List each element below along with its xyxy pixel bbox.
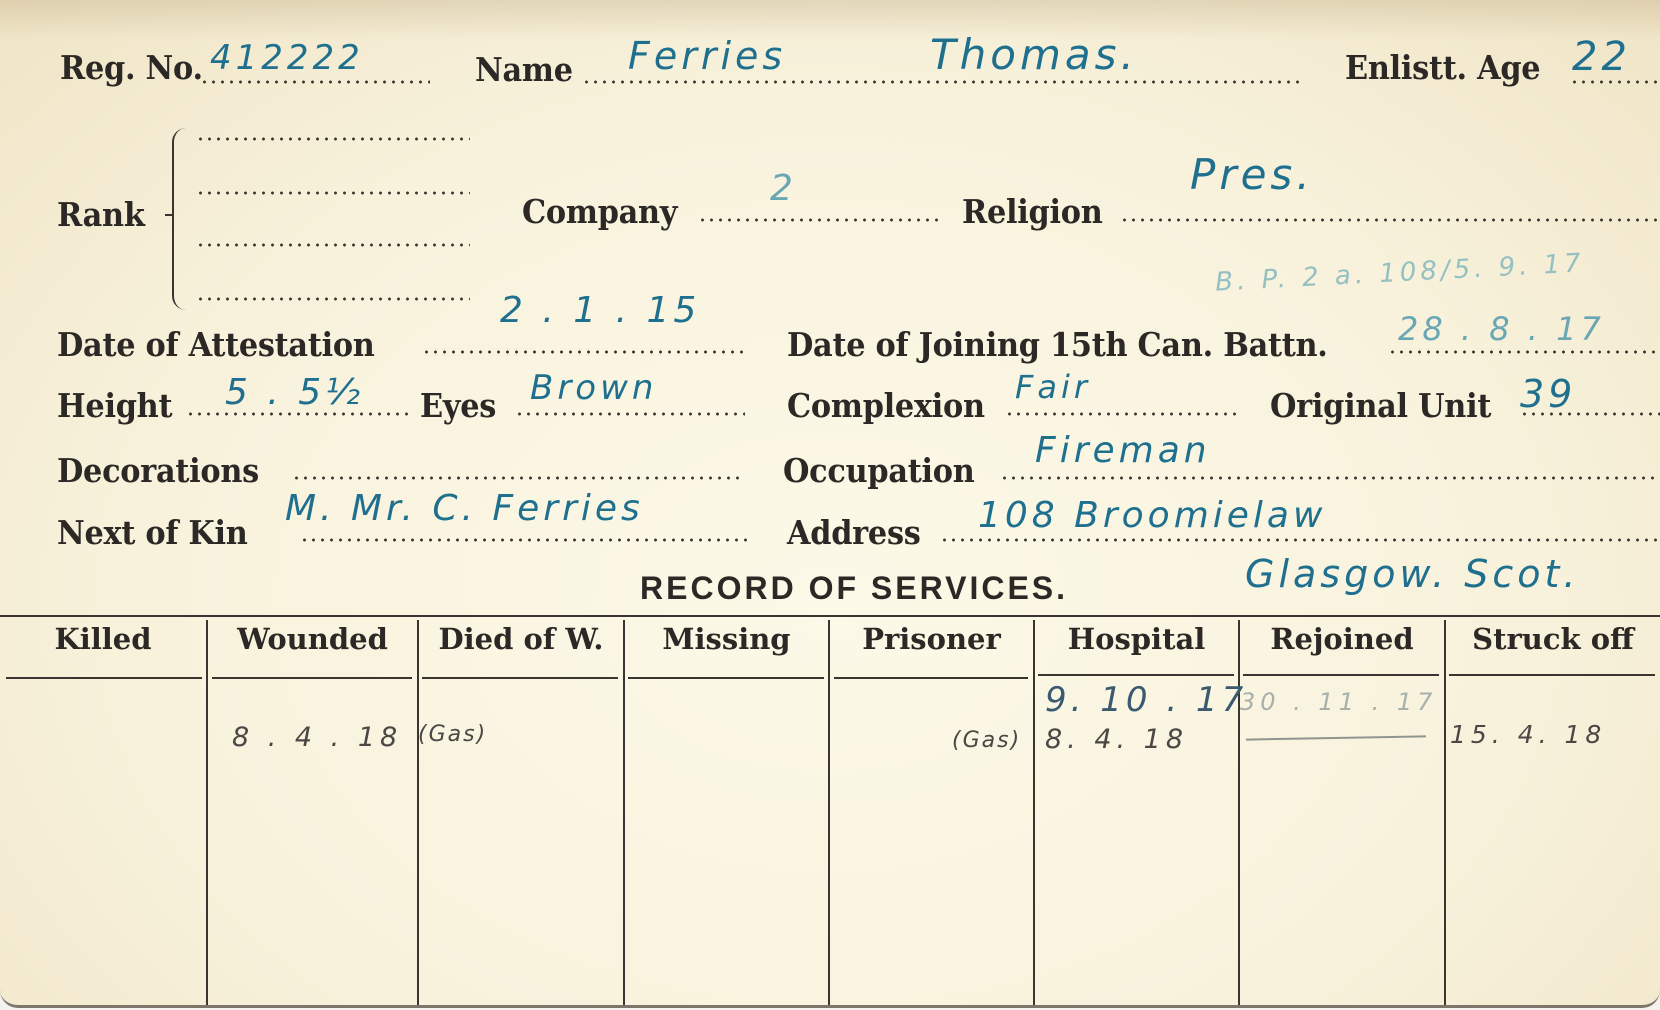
col-divider	[206, 620, 208, 1005]
company-label: Company	[522, 192, 677, 231]
enlist-age-value: 22	[1572, 34, 1631, 80]
reg-no-label: Reg. No.	[60, 48, 203, 87]
col-divider	[1444, 620, 1446, 1005]
col-header-killed: Killed	[0, 622, 206, 656]
joining-label: Date of Joining 15th Can. Battn.	[787, 325, 1328, 364]
reg-no-line	[200, 80, 430, 84]
wounded-entry: 8 . 4 . 18	[232, 722, 402, 753]
record-of-services-title: RECORD OF SERVICES.	[640, 570, 1068, 607]
col-header-died-of-wounds: Died of W.	[419, 622, 623, 656]
occupation-line	[1000, 476, 1660, 480]
eyes-value: Brown	[530, 368, 657, 408]
service-record-card: Reg. No. 412222 Name Ferries Thomas. Enl…	[0, 0, 1660, 1008]
religion-line	[1120, 218, 1660, 222]
col-header-prisoner: Prisoner	[830, 622, 1033, 656]
complexion-label: Complexion	[787, 386, 985, 425]
occupation-value: Fireman	[1035, 430, 1211, 471]
attestation-label: Date of Attestation	[57, 325, 375, 364]
col-header-rejoined: Rejoined	[1240, 622, 1444, 656]
rank-brace	[172, 128, 190, 310]
eyes-label: Eyes	[420, 386, 496, 425]
header-underline	[628, 677, 824, 679]
height-value: 5 . 5½	[225, 372, 364, 413]
col-divider	[1033, 620, 1035, 1005]
occupation-label: Occupation	[783, 451, 975, 490]
original-unit-value: 39	[1520, 372, 1576, 416]
attestation-line	[422, 350, 744, 354]
prisoner-note: (Gas)	[952, 728, 1021, 753]
joining-value: 28 . 8 . 17	[1398, 310, 1605, 348]
address-line-2: Glasgow. Scot.	[1245, 552, 1580, 596]
religion-value: Pres.	[1190, 150, 1314, 199]
rank-line-3	[196, 243, 470, 247]
height-label: Height	[57, 386, 172, 425]
rank-label: Rank	[57, 195, 145, 234]
decorations-line	[292, 476, 744, 480]
header-underline	[834, 677, 1028, 679]
name-label: Name	[475, 50, 573, 89]
hospital-entry-2: 8. 4. 18	[1045, 724, 1188, 755]
enlist-age-label: Enlistt. Age	[1345, 48, 1540, 87]
rank-line-4	[196, 297, 470, 301]
given-name-value: Thomas.	[930, 30, 1138, 79]
hospital-entry-1: 9. 10 . 17	[1045, 680, 1247, 720]
header-underline	[1449, 674, 1655, 676]
address-label: Address	[787, 513, 921, 552]
complexion-value: Fair	[1015, 368, 1091, 406]
header-underline	[6, 677, 202, 679]
next-of-kin-label: Next of Kin	[57, 513, 248, 552]
religion-label: Religion	[962, 192, 1103, 231]
address-line	[940, 538, 1660, 542]
header-underline	[1243, 674, 1439, 676]
joining-line	[1388, 350, 1660, 354]
rank-line-1	[196, 137, 470, 141]
address-line-1: 108 Broomielaw	[978, 495, 1326, 536]
company-value: 2	[770, 168, 797, 209]
rejoined-entry: 30 . 11 . 17	[1240, 688, 1437, 716]
decorations-label: Decorations	[57, 451, 259, 490]
next-of-kin-value: M. Mr. C. Ferries	[285, 488, 644, 529]
struck-off-entry: 15. 4. 18	[1450, 720, 1606, 749]
col-header-struck-off: Struck off	[1446, 622, 1660, 656]
surname-value: Ferries	[628, 34, 786, 78]
col-header-hospital: Hospital	[1035, 622, 1238, 656]
eyes-line	[515, 412, 745, 416]
table-top-rule	[0, 615, 1660, 617]
margin-note: B. P. 2 a. 108/5. 9. 17	[1214, 248, 1585, 297]
col-divider	[417, 620, 419, 1005]
rejoined-stroke	[1246, 735, 1426, 740]
col-header-missing: Missing	[625, 622, 828, 656]
col-divider	[1238, 620, 1240, 1005]
col-header-wounded: Wounded	[208, 622, 417, 656]
header-underline	[422, 677, 618, 679]
original-unit-label: Original Unit	[1270, 386, 1491, 425]
header-underline	[212, 677, 412, 679]
next-of-kin-line	[300, 538, 750, 542]
enlist-age-line	[1570, 80, 1660, 84]
died-of-wounds-note: (Gas)	[418, 722, 487, 747]
company-line	[698, 218, 938, 222]
col-divider	[623, 620, 625, 1005]
rank-line-2	[196, 191, 470, 195]
attestation-value: 2 . 1 . 15	[500, 290, 700, 331]
col-divider	[828, 620, 830, 1005]
reg-no-value: 412222	[210, 38, 364, 78]
name-line	[582, 80, 1302, 84]
complexion-line	[1005, 412, 1240, 416]
header-underline	[1038, 674, 1234, 676]
